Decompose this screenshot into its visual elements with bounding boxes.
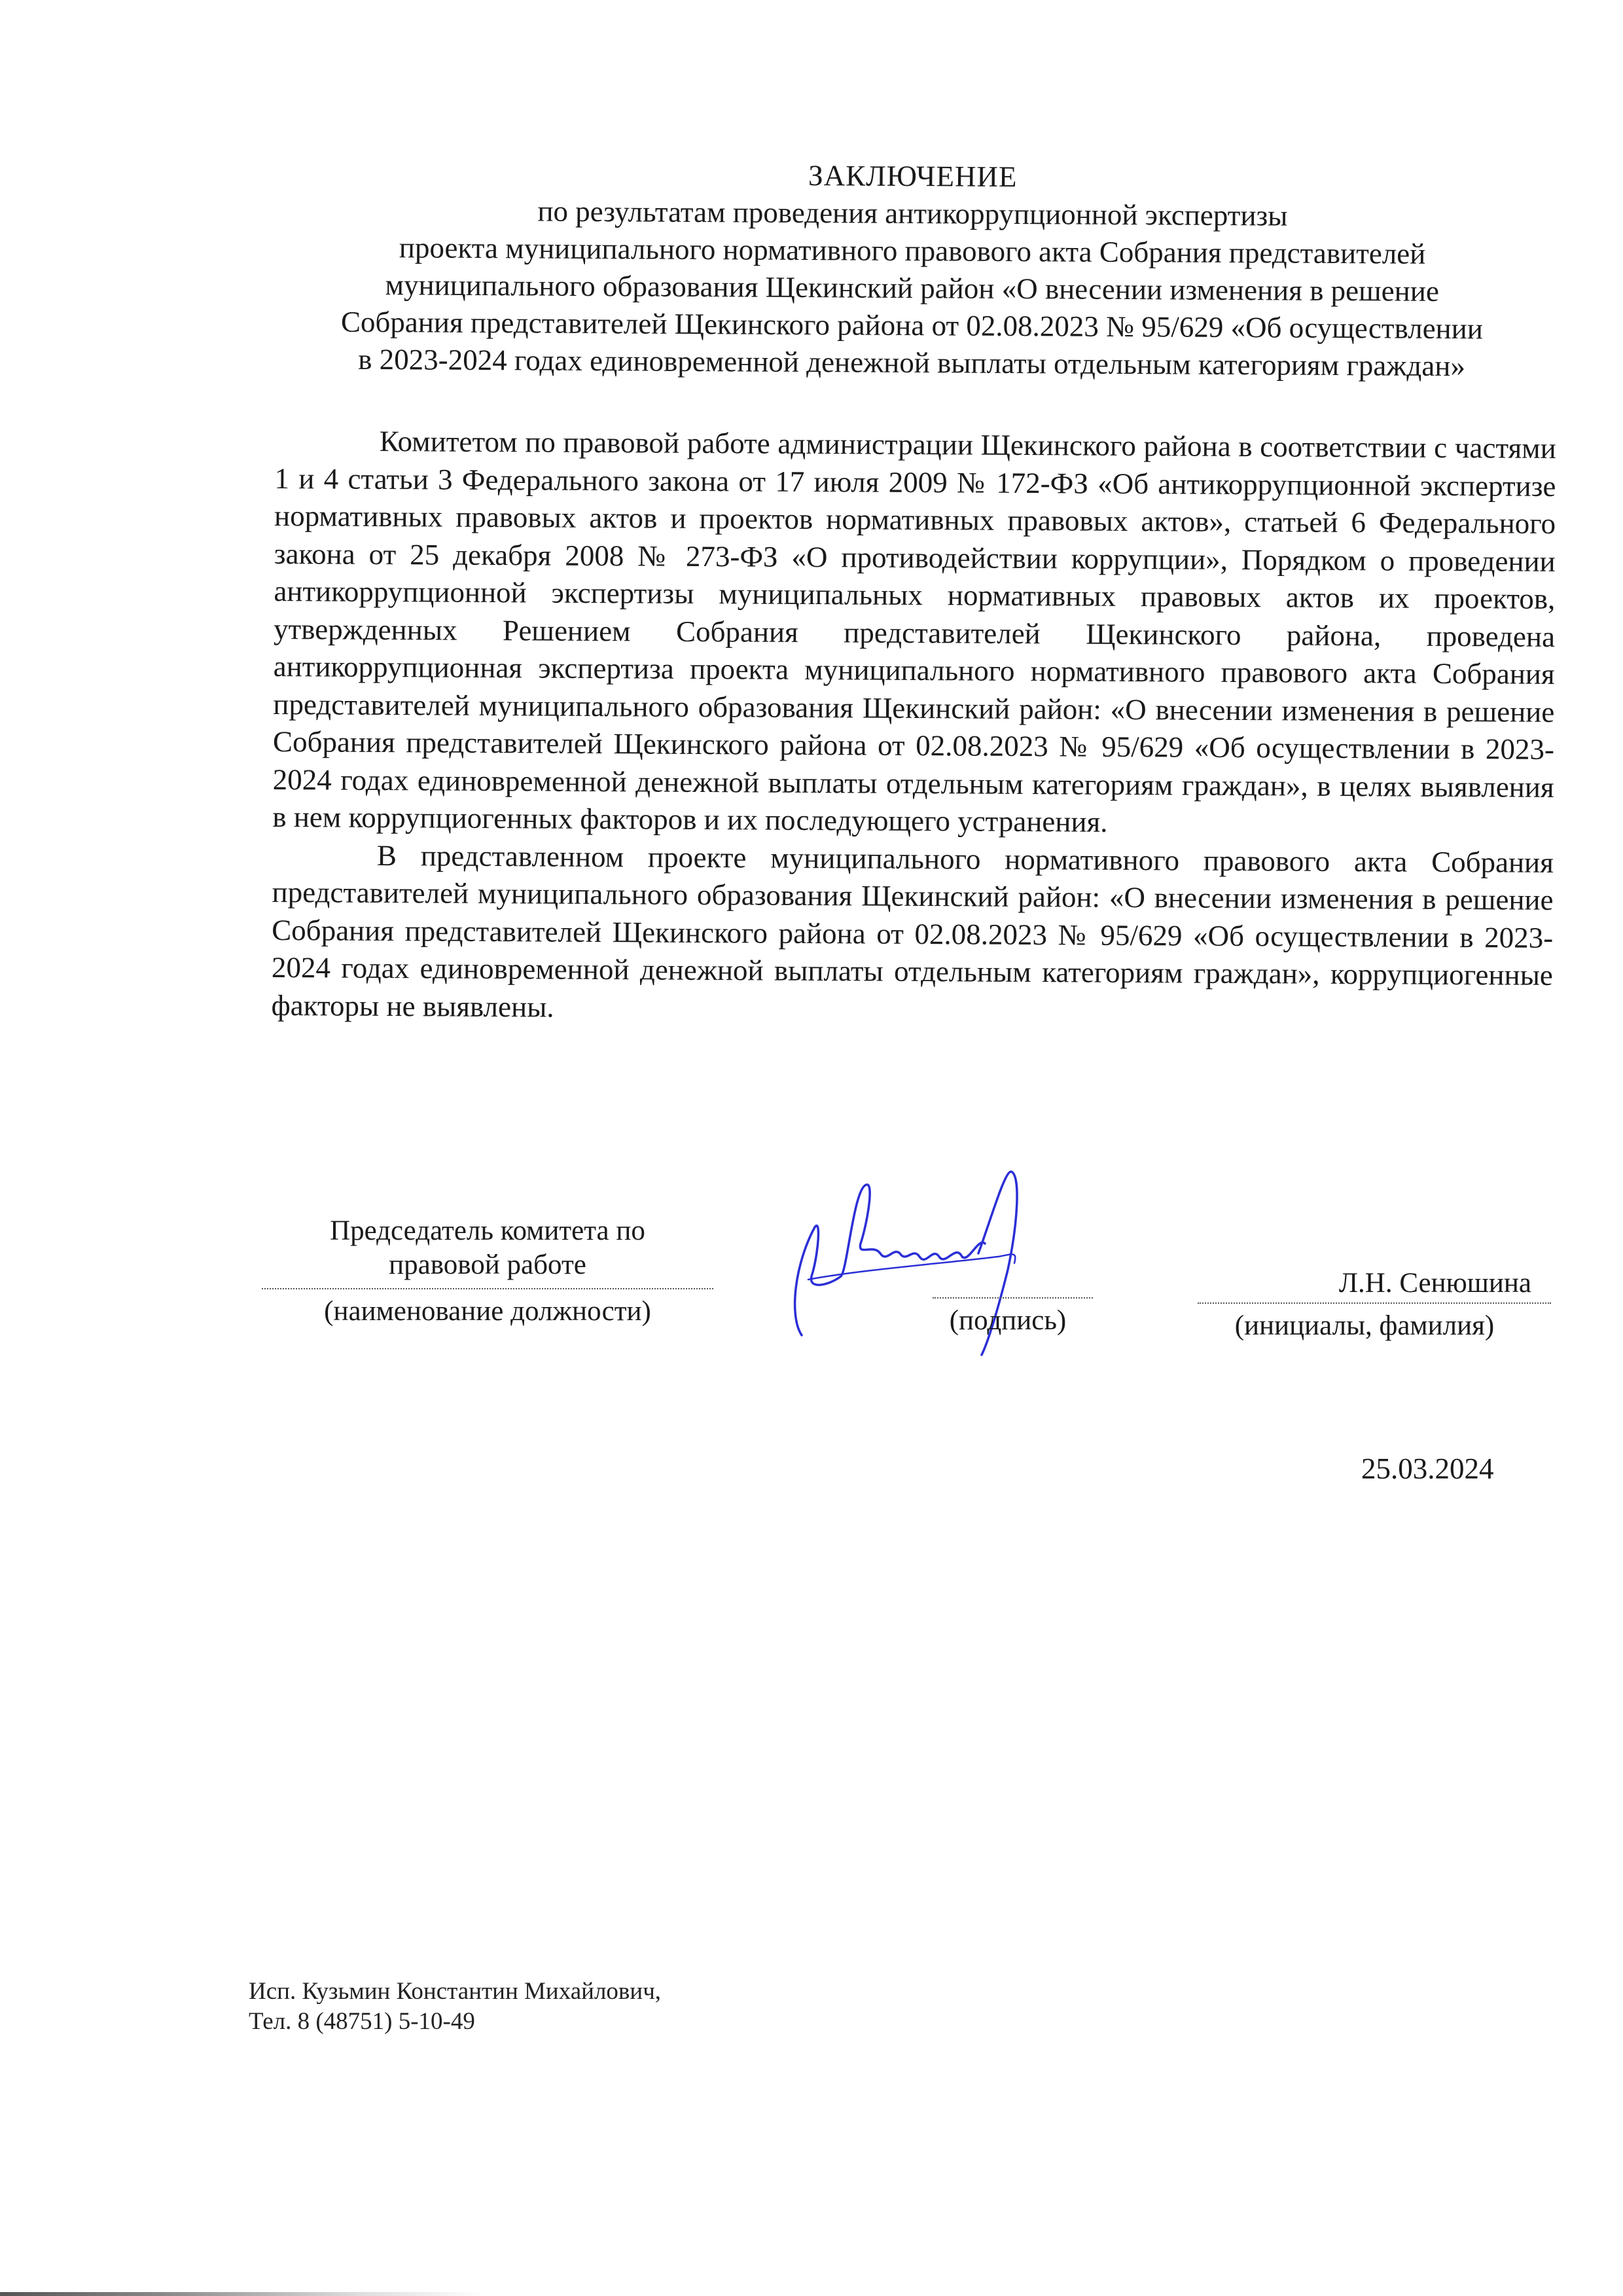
body-paragraph: В представленном проекте муниципального …	[271, 836, 1554, 1031]
executor-info: Исп. Кузьмин Константин Михайлович, Тел.…	[249, 1977, 661, 2037]
position-caption: (наименование должности)	[262, 1295, 713, 1329]
signer-position-line1: Председатель комитета по	[259, 1214, 717, 1248]
executor-phone: Тел. 8 (48751) 5-10-49	[249, 2007, 661, 2037]
signer-position-line2: правовой работе	[259, 1248, 717, 1282]
document-title-block: ЗАКЛЮЧЕНИЕ по результатам проведения ант…	[267, 154, 1558, 386]
document-date: 25.03.2024	[1361, 1452, 1494, 1486]
document-page: ЗАКЛЮЧЕНИЕ по результатам проведения ант…	[0, 0, 1623, 2296]
executor-name: Исп. Кузьмин Константин Михайлович,	[249, 1977, 661, 2007]
signer-name: Л.Н. Сенюшина	[1198, 1266, 1531, 1300]
body-paragraph: Комитетом по правовой работе администрац…	[272, 422, 1556, 844]
document-body: Комитетом по правовой работе администрац…	[271, 422, 1556, 1032]
scan-edge-shadow	[0, 2292, 1623, 2296]
name-underline	[1198, 1302, 1551, 1304]
name-caption: (инициалы, фамилия)	[1217, 1309, 1512, 1343]
signature-underline	[933, 1297, 1093, 1299]
signer-position: Председатель комитета по правовой работе	[259, 1214, 717, 1282]
signature-caption: (подпись)	[933, 1304, 1083, 1338]
title-line: в 2023-2024 годах единовременной денежно…	[267, 340, 1556, 386]
position-underline	[262, 1288, 713, 1289]
